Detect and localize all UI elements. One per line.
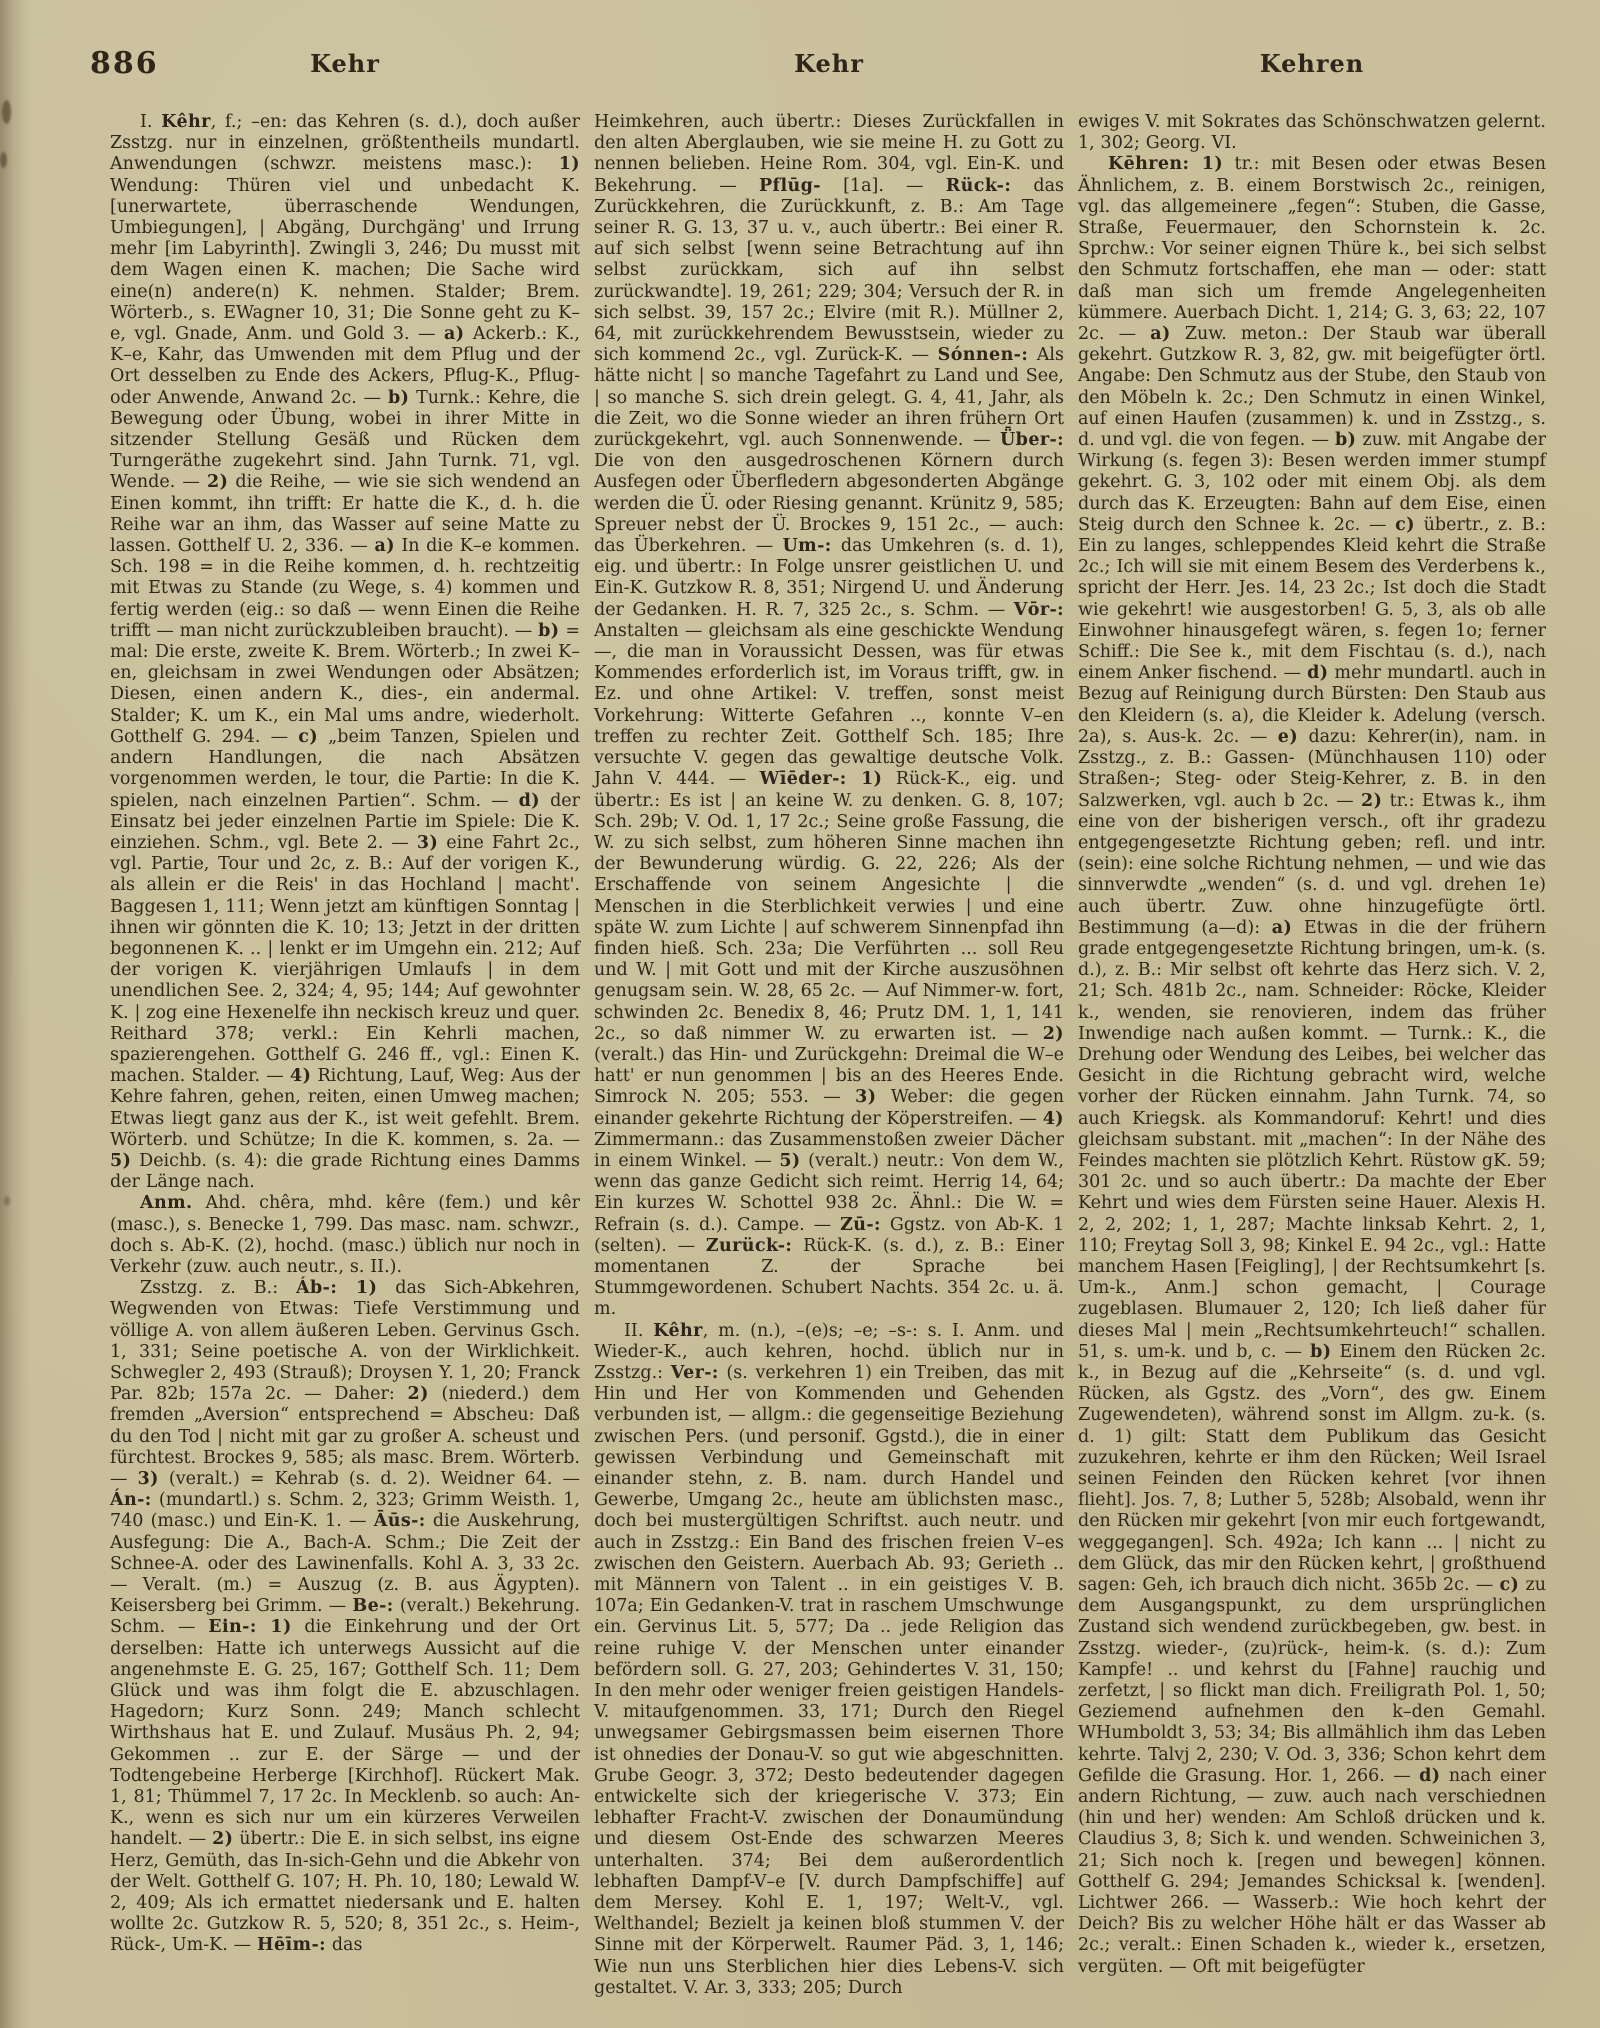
running-head-column-2: Kehr bbox=[594, 49, 1064, 78]
entry-paragraph: Anm. Ahd. chêra, mhd. kêre (fem.) und kê… bbox=[110, 1193, 580, 1278]
running-head-column-3: Kehren bbox=[1078, 49, 1546, 78]
entry-paragraph: Kēhren: 1) tr.: mit Besen oder etwas Bes… bbox=[1078, 154, 1546, 1977]
scan-artifact bbox=[0, 152, 7, 168]
text-column-2: Heimkehren, auch übertr.: Dieses Zurückf… bbox=[594, 112, 1064, 1999]
page-header: 886 Kehr Kehr Kehren bbox=[0, 46, 1600, 86]
entry-paragraph: I. Kêhr, f.; –en: das Kehren (s. d.), do… bbox=[110, 112, 580, 1193]
entry-paragraph: Heimkehren, auch übertr.: Dieses Zurückf… bbox=[594, 112, 1064, 1321]
text-column-3: ewiges V. mit Sokrates das Schönschwatze… bbox=[1078, 112, 1546, 1978]
scan-artifact bbox=[4, 1196, 10, 1206]
entry-paragraph: Zsstzg. z. B.: Áb-: 1) das Sich-Abkehren… bbox=[110, 1278, 580, 1957]
text-column-1: I. Kêhr, f.; –en: das Kehren (s. d.), do… bbox=[110, 112, 580, 1957]
entry-paragraph: II. Kêhr, m. (n.), –(e)s; –e; –s-: s. I.… bbox=[594, 1321, 1064, 2000]
running-head-column-1: Kehr bbox=[110, 49, 580, 78]
dictionary-page: 886 Kehr Kehr Kehren I. Kêhr, f.; –en: d… bbox=[0, 0, 1600, 2028]
entry-paragraph: ewiges V. mit Sokrates das Schönschwatze… bbox=[1078, 112, 1546, 154]
scan-artifact bbox=[2, 100, 11, 124]
